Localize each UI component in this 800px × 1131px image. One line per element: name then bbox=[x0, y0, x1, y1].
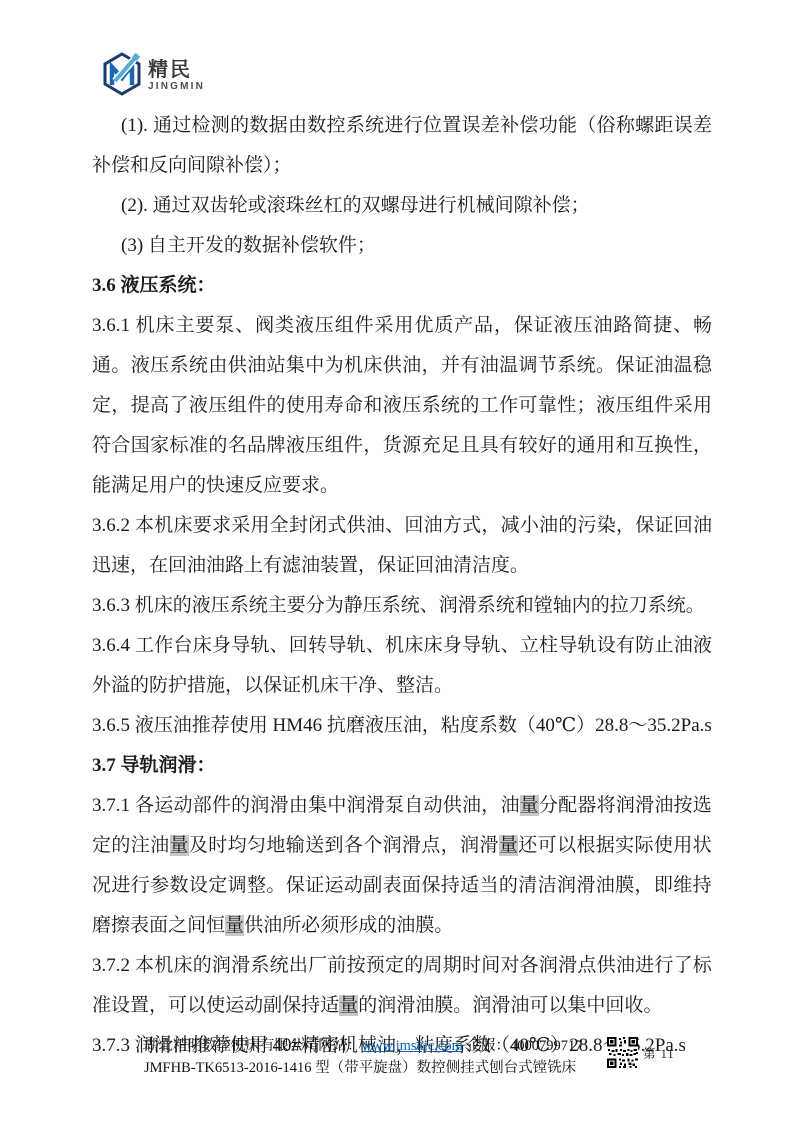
logo-text: 精民 JINGMIN bbox=[148, 52, 205, 92]
qr-code-icon bbox=[607, 1037, 638, 1068]
footer-line1: 湖北精明数控机床有限公司网站：www.jmskjc.com 企服：4000799… bbox=[144, 1035, 614, 1057]
paragraph: (2). 通过双齿轮或滚珠丝杠的双螺母进行机械间隙补偿； bbox=[92, 186, 712, 226]
section-heading: 3.7 导轨润滑： bbox=[92, 746, 712, 786]
highlighted-char: 量 bbox=[499, 835, 518, 856]
page-number: 第 11 bbox=[643, 1044, 675, 1062]
paragraph: 3.6.2 本机床要求采用全封闭式供油、回油方式，减小油的污染，保证回油迅速，在… bbox=[92, 506, 712, 586]
company-logo: 精民 JINGMIN bbox=[102, 52, 205, 96]
paragraph: 3.6.3 机床的液压系统主要分为静压系统、润滑系统和镗轴内的拉刀系统。 bbox=[92, 586, 712, 626]
brand-name-cn: 精民 bbox=[148, 60, 205, 80]
footer-company-text: 湖北精明数控机床有限公司网站： bbox=[144, 1038, 362, 1054]
highlighted-char: 量 bbox=[520, 795, 539, 816]
paragraph: 3.6.1 机床主要泵、阀类液压组件采用优质产品，保证液压油路简捷、畅通。液压系… bbox=[92, 306, 712, 506]
highlighted-char: 量 bbox=[225, 915, 244, 936]
logo-hexagon-icon bbox=[102, 52, 142, 96]
highlighted-char: 量 bbox=[339, 995, 358, 1016]
paragraph: 3.7.2 本机床的润滑系统出厂前按预定的周期时间对各润滑点供油进行了标准设置，… bbox=[92, 946, 712, 1026]
paragraph: 3.7.1 各运动部件的润滑由集中润滑泵自动供油，油量分配器将润滑油按选定的注油… bbox=[92, 786, 712, 946]
brand-name-en: JINGMIN bbox=[148, 81, 205, 92]
footer: 湖北精明数控机床有限公司网站：www.jmskjc.com 企服：4000799… bbox=[144, 1035, 614, 1079]
highlighted-char: 量 bbox=[170, 835, 189, 856]
paragraph: (1). 通过检测的数据由数控系统进行位置误差补偿功能（俗称螺距误差补偿和反向间… bbox=[92, 106, 712, 186]
paragraph: (3) 自主开发的数据补偿软件； bbox=[92, 226, 712, 266]
document-page: { "logo": { "brand_cn": "精民", "brand_en"… bbox=[0, 0, 800, 1131]
paragraph: 3.6.5 液压油推荐使用 HM46 抗磨液压油，粘度系数（40℃）28.8～3… bbox=[92, 706, 712, 746]
footer-service-phone: 企服：4000799717 bbox=[463, 1038, 583, 1054]
website-link[interactable]: www.jmskjc.com bbox=[362, 1038, 463, 1054]
paragraph: 3.6.4 工作台床身导轨、回转导轨、机床床身导轨、立柱导轨设有防止油液外溢的防… bbox=[92, 626, 712, 706]
content-paragraphs: (1). 通过检测的数据由数控系统进行位置误差补偿功能（俗称螺距误差补偿和反向间… bbox=[92, 106, 712, 1066]
footer-line2-model: JMFHB-TK6513-2016-1416 型（带平旋盘）数控侧挂式刨台式镗铣… bbox=[144, 1057, 614, 1079]
section-heading: 3.6 液压系统： bbox=[92, 266, 712, 306]
